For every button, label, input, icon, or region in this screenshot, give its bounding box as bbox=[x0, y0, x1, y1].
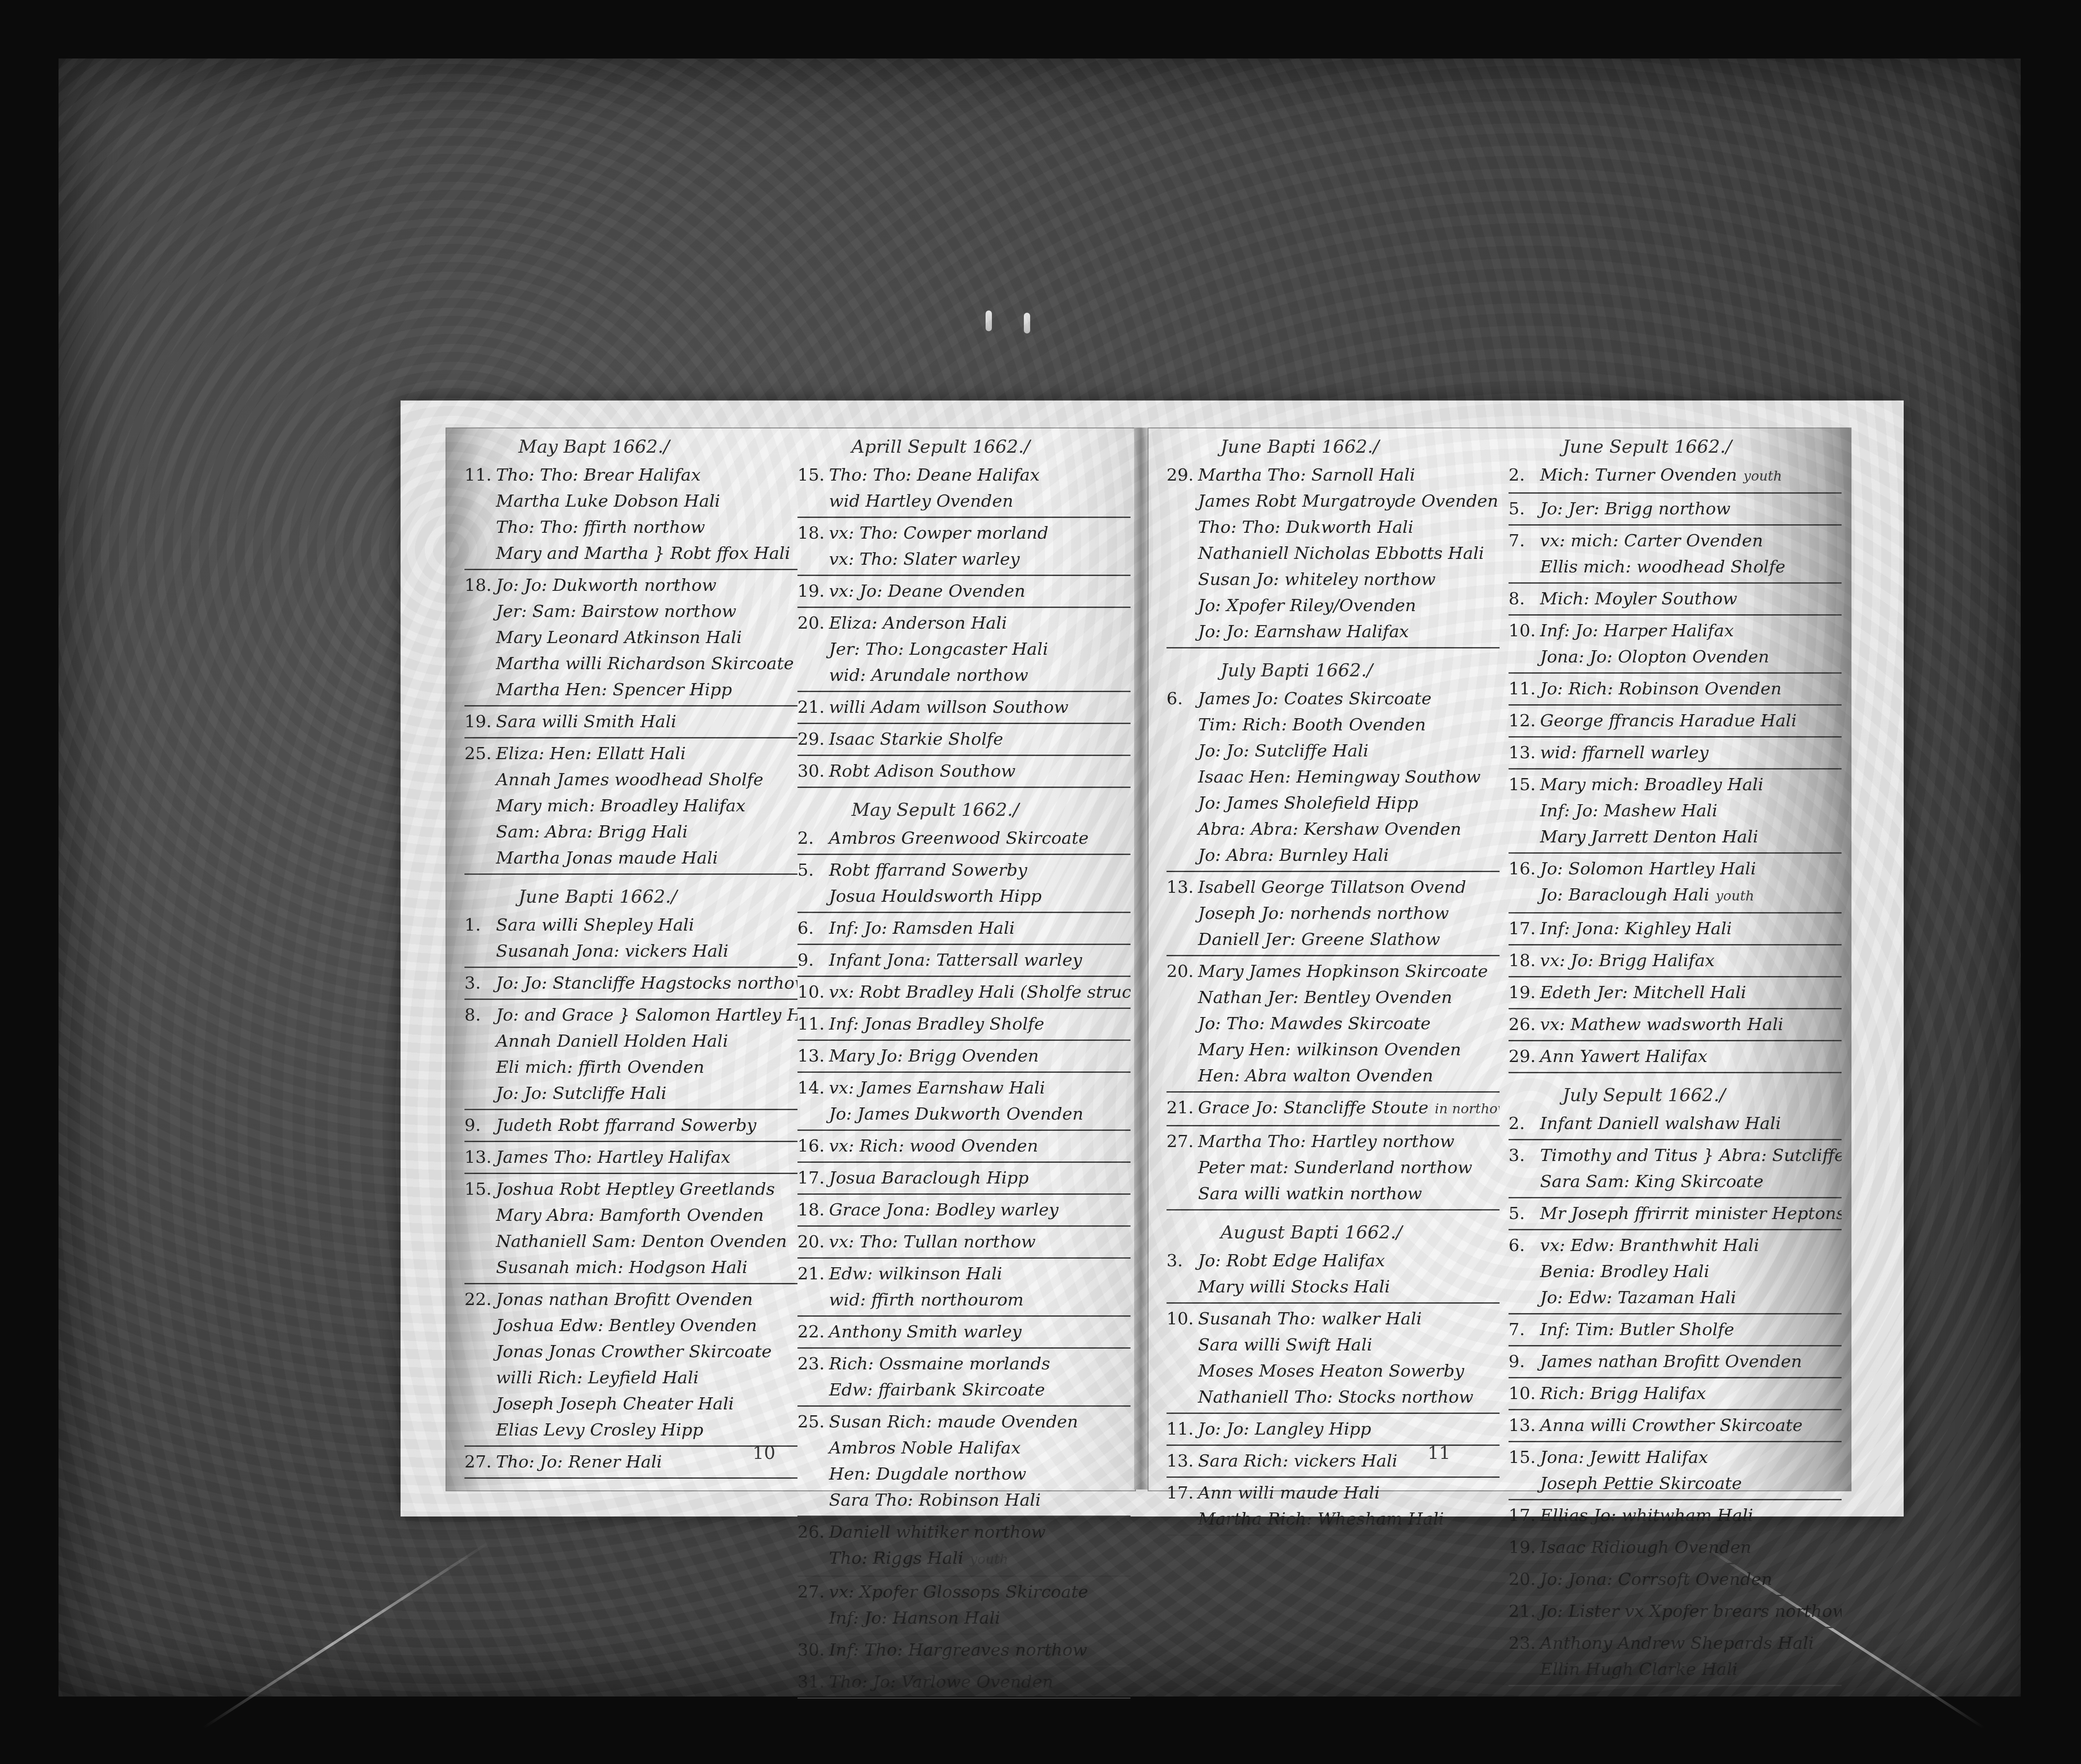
entry-text: Ambros Noble Halifax bbox=[829, 1438, 1021, 1458]
register-entry: Jona: Jo: Olopton Ovenden bbox=[1509, 643, 1842, 670]
entry-day: 18. bbox=[1509, 947, 1540, 973]
day-group: 23.Rich: Ossmaine morlandsEdw: ffairbank… bbox=[797, 1349, 1131, 1407]
entry-day: 6. bbox=[797, 915, 829, 941]
entry-day: 19. bbox=[1509, 979, 1540, 1005]
entry-day: 27. bbox=[464, 1449, 496, 1475]
register-entry: Tho: Tho: Dukworth Hali bbox=[1167, 514, 1500, 540]
register-entry: 16.Jo: Solomon Hartley Hali bbox=[1509, 855, 1842, 882]
day-group: 29.Ann Yawert Halifax bbox=[1509, 1041, 1842, 1073]
register-section: July Bapti 1662./6.James Jo: Coates Skir… bbox=[1167, 657, 1500, 1210]
register-entry: Martha willi Richardson Skircoate bbox=[464, 650, 797, 676]
entry-text: Edw: wilkinson Hali bbox=[829, 1264, 1002, 1283]
day-group: 6.vx: Edw: Branthwhit HaliBenia: Brodley… bbox=[1509, 1230, 1842, 1314]
register-entry: 3.Jo: Robt Edge Halifax bbox=[1167, 1247, 1500, 1273]
day-group: 15.Jona: Jewitt HalifaxJoseph Pettie Ski… bbox=[1509, 1442, 1842, 1500]
entry-day: 5. bbox=[1509, 495, 1540, 522]
entry-text: Josua Houldsworth Hipp bbox=[829, 886, 1042, 906]
register-section: June Sepult 1662./2.Mich: Turner Ovenden… bbox=[1509, 433, 1842, 1073]
day-group: 21.Grace Jo: Stancliffe Stoutein northow bbox=[1167, 1093, 1500, 1126]
entry-text: vx: Mathew wadsworth Hali bbox=[1540, 1014, 1784, 1034]
register-entry: 21.Grace Jo: Stancliffe Stoutein northow bbox=[1167, 1094, 1500, 1122]
entry-text: Tho: Tho: Dukworth Hali bbox=[1198, 517, 1414, 537]
entry-text: vx: Rich: wood Ovenden bbox=[829, 1136, 1038, 1156]
entry-day: 2. bbox=[1509, 1110, 1540, 1136]
entry-text: Judeth Robt ffarrand Sowerby bbox=[496, 1115, 757, 1135]
entry-text: Mary Jo: Brigg Ovenden bbox=[829, 1046, 1039, 1066]
entry-text: Josua Baraclough Hipp bbox=[829, 1168, 1029, 1188]
register-entry: 2.Mich: Turner Ovendenyouth bbox=[1509, 462, 1842, 490]
entry-text: Edw: ffairbank Skircoate bbox=[829, 1380, 1045, 1399]
entry-day: 25. bbox=[797, 1408, 829, 1435]
register-entry: Daniell Jer: Greene Slathow bbox=[1167, 926, 1500, 952]
entry-text: Mary James Hopkinson Skircoate bbox=[1198, 961, 1488, 981]
register-column: June Bapti 1662./29.Martha Tho: Sarnoll … bbox=[1167, 433, 1500, 1544]
day-group: 13.Mary Jo: Brigg Ovenden bbox=[797, 1041, 1131, 1073]
day-group: 17.Ellias Jo: whitwham Hali bbox=[1509, 1500, 1842, 1532]
day-group: 7.vx: mich: Carter OvendenEllis mich: wo… bbox=[1509, 526, 1842, 584]
entry-note: youth bbox=[1716, 888, 1754, 904]
register-entry: 19.Isaac Ridiough Ovenden bbox=[1509, 1534, 1842, 1560]
register-section: July Sepult 1662./2.Infant Daniell walsh… bbox=[1509, 1081, 1842, 1686]
register-entry: Hen: Abra walton Ovenden bbox=[1167, 1062, 1500, 1089]
entry-day: 11. bbox=[1509, 675, 1540, 702]
entry-text: Joseph Pettie Skircoate bbox=[1540, 1473, 1742, 1493]
section-heading: July Bapti 1662./ bbox=[1167, 657, 1500, 684]
register-entry: 15.Mary mich: Broadley Hali bbox=[1509, 771, 1842, 797]
register-entry: Sara Tho: Robinson Hali bbox=[797, 1487, 1131, 1513]
register-entry: Inf: Jo: Mashew Hali bbox=[1509, 797, 1842, 823]
entry-text: Sara willi Shepley Hali bbox=[496, 915, 694, 935]
entry-text: Infant Jona: Tattersall warley bbox=[829, 950, 1082, 970]
entry-text: wid Hartley Ovenden bbox=[829, 491, 1013, 511]
day-group: 16.Jo: Solomon Hartley HaliJo: Baracloug… bbox=[1509, 854, 1842, 913]
register-entry: Mary and Martha } Robt ffox Hali bbox=[464, 540, 797, 566]
register-entry: Nathaniell Sam: Denton Ovenden bbox=[464, 1228, 797, 1254]
entry-day: 20. bbox=[797, 1228, 829, 1255]
day-group: 11.Tho: Tho: Brear HalifaxMartha Luke Do… bbox=[464, 460, 797, 570]
day-group: 26.Daniell whitiker northowTho: Riggs Ha… bbox=[797, 1517, 1131, 1577]
entry-text: Tho: Jo: Rener Hali bbox=[496, 1452, 662, 1471]
register-entry: Benia: Brodley Hali bbox=[1509, 1258, 1842, 1284]
entry-note: in northow bbox=[1435, 1101, 1500, 1117]
entry-day: 9. bbox=[464, 1112, 496, 1138]
entry-day: 10. bbox=[1167, 1305, 1198, 1332]
entry-text: Jo: Lister vx Xpofer brears northow bbox=[1540, 1601, 1842, 1621]
day-group: 13.wid: ffarnell warley bbox=[1509, 738, 1842, 769]
register-column: May Bapt 1662./11.Tho: Tho: Brear Halifa… bbox=[464, 433, 797, 1487]
day-group: 3.Timothy and Titus } Abra: Sutcliffe Ha… bbox=[1509, 1140, 1842, 1198]
entry-text: Martha Tho: Hartley northow bbox=[1198, 1131, 1455, 1151]
register-entry: Mary Hen: wilkinson Ovenden bbox=[1167, 1036, 1500, 1062]
entry-text: Grace Jo: Stancliffe Stoute bbox=[1198, 1098, 1428, 1117]
register-entry: 27.vx: Xpofer Glossops Skircoate bbox=[797, 1579, 1131, 1605]
entry-day: 21. bbox=[797, 694, 829, 720]
entry-text: Sara willi Swift Hali bbox=[1198, 1335, 1372, 1354]
entry-text: Mary mich: Broadley Hali bbox=[1540, 774, 1763, 794]
entry-day: 19. bbox=[464, 708, 496, 734]
register-entry: Tho: Riggs Haliyouth bbox=[797, 1545, 1131, 1573]
entry-text: Jo: Edw: Tazaman Hali bbox=[1540, 1287, 1736, 1307]
register-entry: 20.Mary James Hopkinson Skircoate bbox=[1167, 958, 1500, 984]
entry-text: wid: ffirth northourom bbox=[829, 1290, 1024, 1309]
day-group: 15.Joshua Robt Heptley GreetlandsMary Ab… bbox=[464, 1174, 797, 1284]
entry-text: Robt Adison Southow bbox=[829, 761, 1016, 781]
register-entry: 17.Inf: Jona: Kighley Hali bbox=[1509, 915, 1842, 941]
open-register-book: May Bapt 1662./11.Tho: Tho: Brear Halifa… bbox=[401, 400, 1904, 1516]
day-group: 22.Anthony Smith warley bbox=[797, 1317, 1131, 1349]
register-entry: wid: ffirth northourom bbox=[797, 1287, 1131, 1313]
register-entry: Mary Abra: Bamforth Ovenden bbox=[464, 1202, 797, 1228]
register-entry: 5.Jo: Jer: Brigg northow bbox=[1509, 495, 1842, 522]
book-gutter bbox=[1134, 427, 1148, 1489]
day-group: 1.Sara willi Shepley HaliSusanah Jona: v… bbox=[464, 910, 797, 968]
entry-text: Susanah mich: Hodgson Hali bbox=[496, 1257, 748, 1277]
entry-text: Mary Leonard Atkinson Hali bbox=[496, 627, 742, 647]
register-entry: 22.Anthony Smith warley bbox=[797, 1318, 1131, 1345]
entry-text: Mr Joseph ffrirrit minister Heptonstall bbox=[1540, 1203, 1842, 1223]
entry-text: Ellis mich: woodhead Sholfe bbox=[1540, 557, 1785, 576]
register-entry: Tho: Tho: ffirth northow bbox=[464, 514, 797, 540]
entry-text: vx: Edw: Branthwhit Hali bbox=[1540, 1235, 1759, 1255]
entry-text: Rich: Ossmaine morlands bbox=[829, 1354, 1050, 1373]
register-entry: Inf: Jo: Hanson Hali bbox=[797, 1605, 1131, 1631]
entry-day: 13. bbox=[1509, 1412, 1540, 1438]
entry-text: Jona: Jo: Olopton Ovenden bbox=[1540, 647, 1769, 666]
entry-text: Eli mich: ffirth Ovenden bbox=[496, 1057, 704, 1077]
register-entry: Sara willi Swift Hali bbox=[1167, 1332, 1500, 1358]
entry-text: Isaac Ridiough Ovenden bbox=[1540, 1537, 1752, 1557]
register-entry: Jo: Xpofer Riley/Ovenden bbox=[1167, 592, 1500, 618]
section-heading: May Bapt 1662./ bbox=[464, 433, 797, 460]
entry-day: 20. bbox=[1509, 1566, 1540, 1592]
entry-text: Ellias Jo: whitwham Hali bbox=[1540, 1505, 1753, 1525]
glare-reflection bbox=[1697, 1541, 1985, 1729]
section-heading: May Sepult 1662./ bbox=[797, 796, 1131, 823]
entry-day: 15. bbox=[797, 462, 829, 488]
entry-day: 7. bbox=[1509, 527, 1540, 553]
register-entry: Martha Rich: Whesham Hali bbox=[1167, 1506, 1500, 1532]
entry-day: 17. bbox=[797, 1165, 829, 1191]
register-entry: willi Rich: Leyfield Hali bbox=[464, 1364, 797, 1390]
register-entry: 6.James Jo: Coates Skircoate bbox=[1167, 685, 1500, 711]
register-entry: 22.Jonas nathan Brofitt Ovenden bbox=[464, 1286, 797, 1312]
entry-day: 29. bbox=[797, 726, 829, 752]
entry-text: Martha Rich: Whesham Hali bbox=[1198, 1509, 1444, 1529]
entry-text: Mich: Turner Ovenden bbox=[1540, 465, 1737, 485]
entry-text: Jo: Jo: Sutcliffe Hali bbox=[496, 1083, 667, 1103]
day-group: 20.Mary James Hopkinson SkircoateNathan … bbox=[1167, 956, 1500, 1093]
entry-text: Ambros Greenwood Skircoate bbox=[829, 828, 1089, 848]
entry-text: Mary Jarrett Denton Hali bbox=[1540, 827, 1758, 846]
entry-text: Susan Jo: whiteley northow bbox=[1198, 569, 1436, 589]
entry-text: Tim: Rich: Booth Ovenden bbox=[1198, 715, 1426, 734]
register-entry: Joseph Joseph Cheater Hali bbox=[464, 1390, 797, 1417]
entry-day: 17. bbox=[1167, 1480, 1198, 1506]
entry-text: Mary Abra: Bamforth Ovenden bbox=[496, 1205, 764, 1225]
register-entry: 20.Eliza: Anderson Hali bbox=[797, 610, 1131, 636]
entry-text: Ann Yawert Halifax bbox=[1540, 1046, 1707, 1066]
day-group: 12.George ffrancis Haradue Hali bbox=[1509, 706, 1842, 738]
entry-day: 23. bbox=[1509, 1630, 1540, 1656]
entry-day: 16. bbox=[797, 1133, 829, 1159]
entry-day: 18. bbox=[797, 520, 829, 546]
entry-text: Edeth Jer: Mitchell Hali bbox=[1540, 982, 1746, 1002]
register-entry: 13.Mary Jo: Brigg Ovenden bbox=[797, 1043, 1131, 1069]
register-entry: 20.vx: Tho: Tullan northow bbox=[797, 1228, 1131, 1255]
entry-text: Tho: Riggs Hali bbox=[829, 1548, 964, 1568]
entry-text: Nathan Jer: Bentley Ovenden bbox=[1198, 987, 1452, 1007]
register-entry: 10.Rich: Brigg Halifax bbox=[1509, 1380, 1842, 1406]
entry-text: vx: mich: Carter Ovenden bbox=[1540, 531, 1763, 550]
day-group: 3.Jo: Jo: Stancliffe Hagstocks northow bbox=[464, 968, 797, 1000]
day-group: 19.vx: Jo: Deane Ovenden bbox=[797, 576, 1131, 608]
entry-day: 7. bbox=[1509, 1316, 1540, 1342]
day-group: 5.Mr Joseph ffrirrit minister Heptonstal… bbox=[1509, 1198, 1842, 1230]
entry-text: Jo: Solomon Hartley Hali bbox=[1540, 859, 1756, 878]
register-section: June Bapti 1662./1.Sara willi Shepley Ha… bbox=[464, 883, 797, 1479]
entry-note: youth bbox=[1743, 468, 1782, 484]
day-group: 8.Jo: and Grace } Salomon Hartley HaliAn… bbox=[464, 1000, 797, 1110]
entry-day: 15. bbox=[464, 1176, 496, 1202]
register-entry: 17.Ellias Jo: whitwham Hali bbox=[1509, 1502, 1842, 1528]
entry-day: 6. bbox=[1509, 1232, 1540, 1258]
register-section: May Bapt 1662./11.Tho: Tho: Brear Halifa… bbox=[464, 433, 797, 875]
day-group: 29.Martha Tho: Sarnoll HaliJames Robt Mu… bbox=[1167, 460, 1500, 648]
entry-day: 3. bbox=[464, 970, 496, 996]
register-entry: Ellis mich: woodhead Sholfe bbox=[1509, 553, 1842, 580]
scanner-background: May Bapt 1662./11.Tho: Tho: Brear Halifa… bbox=[59, 58, 2021, 1696]
register-entry: 12.George ffrancis Haradue Hali bbox=[1509, 707, 1842, 733]
entry-text: Tho: Tho: Deane Halifax bbox=[829, 465, 1040, 485]
entry-text: Inf: Jo: Hanson Hali bbox=[829, 1608, 1000, 1628]
register-entry: 13.Isabell George Tillatson Ovend bbox=[1167, 874, 1500, 900]
day-group: 20.Eliza: Anderson HaliJer: Tho: Longcas… bbox=[797, 608, 1131, 692]
entry-text: Daniell whitiker northow bbox=[829, 1522, 1046, 1542]
day-group: 15.Mary mich: Broadley HaliInf: Jo: Mash… bbox=[1509, 769, 1842, 854]
register-entry: 10.Inf: Jo: Harper Halifax bbox=[1509, 617, 1842, 643]
day-group: 18.Jo: Jo: Dukworth northowJer: Sam: Bai… bbox=[464, 570, 797, 706]
day-group: 17.Ann willi maude HaliMartha Rich: Whes… bbox=[1167, 1478, 1500, 1536]
register-entry: 7.Inf: Tim: Butler Sholfe bbox=[1509, 1316, 1842, 1342]
entry-text: Tho: Tho: Brear Halifax bbox=[496, 465, 701, 485]
day-group: 27.vx: Xpofer Glossops SkircoateInf: Jo:… bbox=[797, 1577, 1131, 1635]
register-entry: 16.vx: Rich: wood Ovenden bbox=[797, 1133, 1131, 1159]
register-entry: Jo: Baraclough Haliyouth bbox=[1509, 882, 1842, 909]
entry-day: 15. bbox=[1509, 1444, 1540, 1470]
register-entry: 11.Inf: Jonas Bradley Sholfe bbox=[797, 1011, 1131, 1037]
register-entry: wid Hartley Ovenden bbox=[797, 488, 1131, 514]
entry-text: Joshua Robt Heptley Greetlands bbox=[496, 1179, 775, 1199]
day-group: 25.Susan Rich: maude OvendenAmbros Noble… bbox=[797, 1407, 1131, 1517]
day-group: 9.Judeth Robt ffarrand Sowerby bbox=[464, 1110, 797, 1142]
entry-text: Ellin Hugh Clarke Hali bbox=[1540, 1659, 1738, 1679]
entry-text: Sara willi watkin northow bbox=[1198, 1183, 1422, 1203]
register-entry: Edw: ffairbank Skircoate bbox=[797, 1377, 1131, 1403]
register-entry: 18.vx: Jo: Brigg Halifax bbox=[1509, 947, 1842, 973]
entry-day: 8. bbox=[464, 1002, 496, 1028]
entry-text: vx: Xpofer Glossops Skircoate bbox=[829, 1582, 1088, 1602]
entry-day: 20. bbox=[797, 610, 829, 636]
entry-text: Sara Sam: King Skircoate bbox=[1540, 1171, 1764, 1191]
entry-text: vx: Jo: Brigg Halifax bbox=[1540, 950, 1715, 970]
day-group: 10.vx: Robt Bradley Hali (Sholfe struck) bbox=[797, 977, 1131, 1009]
day-group: 15.Tho: Tho: Deane Halifaxwid Hartley Ov… bbox=[797, 460, 1131, 518]
register-entry: vx: Tho: Slater warley bbox=[797, 546, 1131, 572]
day-group: 5.Robt ffarrand SowerbyJosua Houldsworth… bbox=[797, 855, 1131, 913]
day-group: 20.vx: Tho: Tullan northow bbox=[797, 1227, 1131, 1259]
entry-text: Jo: Xpofer Riley/Ovenden bbox=[1198, 595, 1416, 615]
register-section: August Bapti 1662./3.Jo: Robt Edge Halif… bbox=[1167, 1219, 1500, 1536]
register-entry: 30.Robt Adison Southow bbox=[797, 758, 1131, 784]
entry-note: youth bbox=[970, 1552, 1009, 1567]
register-entry: Sam: Abra: Brigg Hali bbox=[464, 819, 797, 845]
register-section: June Bapti 1662./29.Martha Tho: Sarnoll … bbox=[1167, 433, 1500, 648]
entry-day: 13. bbox=[1509, 739, 1540, 765]
entry-text: Isaac Hen: Hemingway Southow bbox=[1198, 767, 1481, 787]
register-entry: Martha Luke Dobson Hali bbox=[464, 488, 797, 514]
day-group: 18.vx: Jo: Brigg Halifax bbox=[1509, 945, 1842, 977]
register-entry: 5.Mr Joseph ffrirrit minister Heptonstal… bbox=[1509, 1200, 1842, 1226]
day-group: 18.Grace Jona: Bodley warley bbox=[797, 1195, 1131, 1227]
entry-day: 11. bbox=[464, 462, 496, 488]
entry-day: 25. bbox=[464, 740, 496, 766]
entry-text: George ffrancis Haradue Hali bbox=[1540, 711, 1797, 730]
register-entry: 9.James nathan Brofitt Ovenden bbox=[1509, 1348, 1842, 1374]
entry-text: Joseph Jo: norhends northow bbox=[1198, 903, 1449, 923]
page-number: 11 bbox=[1428, 1443, 1450, 1463]
entry-day: 20. bbox=[1167, 958, 1198, 984]
section-heading: June Bapti 1662./ bbox=[464, 883, 797, 910]
register-entry: 3.Jo: Jo: Stancliffe Hagstocks northow bbox=[464, 970, 797, 996]
entry-text: Martha Hen: Spencer Hipp bbox=[496, 679, 732, 699]
register-entry: Martha Jonas maude Hali bbox=[464, 845, 797, 871]
entry-day: 10. bbox=[797, 979, 829, 1005]
register-entry: Jo: Abra: Burnley Hali bbox=[1167, 842, 1500, 868]
entry-text: Hen: Abra walton Ovenden bbox=[1198, 1066, 1433, 1085]
section-heading: June Sepult 1662./ bbox=[1509, 433, 1842, 460]
register-entry: Elias Levy Crosley Hipp bbox=[464, 1417, 797, 1443]
entry-day: 3. bbox=[1167, 1247, 1198, 1273]
entry-day: 21. bbox=[1167, 1094, 1198, 1120]
entry-text: Peter mat: Sunderland northow bbox=[1198, 1157, 1473, 1177]
register-entry: 2.Infant Daniell walshaw Hali bbox=[1509, 1110, 1842, 1136]
entry-text: Jonas Jonas Crowther Skircoate bbox=[496, 1341, 772, 1361]
register-entry: 18.vx: Tho: Cowper morland bbox=[797, 520, 1131, 546]
register-entry: Nathaniell Tho: Stocks northow bbox=[1167, 1384, 1500, 1410]
day-group: 26.vx: Mathew wadsworth Hali bbox=[1509, 1009, 1842, 1041]
entry-text: Jo: James Sholefield Hipp bbox=[1198, 793, 1418, 813]
entry-text: Mary willi Stocks Hali bbox=[1198, 1277, 1390, 1296]
entry-text: Susan Rich: maude Ovenden bbox=[829, 1412, 1078, 1431]
entry-text: Sara willi Smith Hali bbox=[496, 711, 676, 731]
register-entry: Ambros Noble Halifax bbox=[797, 1435, 1131, 1461]
register-entry: Jo: Jo: Sutcliffe Hali bbox=[464, 1080, 797, 1106]
register-entry: 13.James Tho: Hartley Halifax bbox=[464, 1144, 797, 1170]
entry-text: Jona: Jewitt Halifax bbox=[1540, 1447, 1708, 1467]
register-entry: 15.Jona: Jewitt Halifax bbox=[1509, 1444, 1842, 1470]
entry-day: 29. bbox=[1167, 462, 1198, 488]
entry-text: vx: Jo: Deane Ovenden bbox=[829, 581, 1025, 601]
entry-text: willi Rich: Leyfield Hali bbox=[496, 1368, 698, 1387]
entry-text: Martha willi Richardson Skircoate bbox=[496, 653, 794, 673]
entry-day: 16. bbox=[1509, 855, 1540, 882]
entry-text: vx: James Earnshaw Hali bbox=[829, 1078, 1045, 1098]
entry-day: 13. bbox=[797, 1043, 829, 1069]
entry-text: James nathan Brofitt Ovenden bbox=[1540, 1351, 1802, 1371]
entry-day: 19. bbox=[797, 578, 829, 604]
entry-text: Inf: Tim: Butler Sholfe bbox=[1540, 1319, 1734, 1339]
entry-text: Nathaniell Tho: Stocks northow bbox=[1198, 1387, 1473, 1407]
day-group: 10.Rich: Brigg Halifax bbox=[1509, 1378, 1842, 1410]
entry-text: Joshua Edw: Bentley Ovenden bbox=[496, 1315, 757, 1335]
entry-text: James Robt Murgatroyde Ovenden bbox=[1198, 491, 1498, 511]
register-entry: Sara Sam: King Skircoate bbox=[1509, 1168, 1842, 1194]
day-group: 16.vx: Rich: wood Ovenden bbox=[797, 1131, 1131, 1163]
register-entry: 26.vx: Mathew wadsworth Hali bbox=[1509, 1011, 1842, 1037]
entry-text: Sam: Abra: Brigg Hali bbox=[496, 822, 688, 841]
entry-text: Anthony Smith warley bbox=[829, 1322, 1022, 1341]
entry-text: James Tho: Hartley Halifax bbox=[496, 1147, 730, 1167]
entry-text: Eliza: Hen: Ellatt Hali bbox=[496, 743, 686, 763]
day-group: 13.Isabell George Tillatson OvendJoseph … bbox=[1167, 872, 1500, 956]
day-group: 3.Jo: Robt Edge HalifaxMary willi Stocks… bbox=[1167, 1246, 1500, 1304]
entry-day: 21. bbox=[1509, 1598, 1540, 1624]
entry-text: Rich: Brigg Halifax bbox=[1540, 1383, 1706, 1403]
day-group: 31.Tho: Jo: Varlowe Ovenden bbox=[797, 1667, 1131, 1699]
section-heading: June Bapti 1662./ bbox=[1167, 433, 1500, 460]
entry-text: Mary mich: Broadley Halifax bbox=[496, 796, 746, 815]
day-group: 6.Inf: Jo: Ramsden Hali bbox=[797, 913, 1131, 945]
entry-text: Ann willi maude Hali bbox=[1198, 1483, 1380, 1503]
day-group: 23.Anthony Andrew Shepards HaliEllin Hug… bbox=[1509, 1628, 1842, 1686]
section-heading: August Bapti 1662./ bbox=[1167, 1219, 1500, 1246]
register-entry: 9.Judeth Robt ffarrand Sowerby bbox=[464, 1112, 797, 1138]
register-entry: Isaac Hen: Hemingway Southow bbox=[1167, 764, 1500, 790]
entry-text: Joseph Joseph Cheater Hali bbox=[496, 1394, 734, 1413]
entry-text: Annah James woodhead Sholfe bbox=[496, 769, 763, 789]
entry-text: Sara Tho: Robinson Hali bbox=[829, 1490, 1041, 1510]
register-entry: 19.Sara willi Smith Hali bbox=[464, 708, 797, 734]
register-entry: 5.Robt ffarrand Sowerby bbox=[797, 857, 1131, 883]
entry-text: Mary Hen: wilkinson Ovenden bbox=[1198, 1039, 1461, 1059]
register-entry: 23.Anthony Andrew Shepards Hali bbox=[1509, 1630, 1842, 1656]
register-entry: Peter mat: Sunderland northow bbox=[1167, 1154, 1500, 1180]
entry-day: 1. bbox=[464, 912, 496, 938]
register-entry: 20.Jo: Jona: Corrsoft Ovenden bbox=[1509, 1566, 1842, 1592]
register-entry: 11.Jo: Jo: Langley Hipp bbox=[1167, 1416, 1500, 1442]
register-entry: Mary Jarrett Denton Hali bbox=[1509, 823, 1842, 850]
entry-text: Inf: Jonas Bradley Sholfe bbox=[829, 1014, 1045, 1034]
left-page: May Bapt 1662./11.Tho: Tho: Brear Halifa… bbox=[446, 427, 1136, 1491]
register-entry: 1.Sara willi Shepley Hali bbox=[464, 912, 797, 938]
entry-text: Daniell Jer: Greene Slathow bbox=[1198, 929, 1440, 949]
register-entry: Moses Moses Heaton Sowerby bbox=[1167, 1358, 1500, 1384]
register-entry: 6.vx: Edw: Branthwhit Hali bbox=[1509, 1232, 1842, 1258]
entry-day: 15. bbox=[1509, 771, 1540, 797]
register-entry: 15.Joshua Robt Heptley Greetlands bbox=[464, 1176, 797, 1202]
register-entry: 6.Inf: Jo: Ramsden Hali bbox=[797, 915, 1131, 941]
register-entry: 3.Timothy and Titus } Abra: Sutcliffe Ha… bbox=[1509, 1142, 1842, 1168]
entry-day: 30. bbox=[797, 758, 829, 784]
register-entry: 9.Infant Jona: Tattersall warley bbox=[797, 947, 1131, 973]
register-entry: Mary mich: Broadley Halifax bbox=[464, 792, 797, 819]
day-group: 22.Jonas nathan Brofitt OvendenJoshua Ed… bbox=[464, 1284, 797, 1447]
entry-text: Martha Tho: Sarnoll Hali bbox=[1198, 465, 1415, 485]
entry-text: vx: Tho: Slater warley bbox=[829, 549, 1020, 569]
register-entry: Hen: Dugdale northow bbox=[797, 1461, 1131, 1487]
register-entry: 29.Ann Yawert Halifax bbox=[1509, 1043, 1842, 1069]
entry-day: 3. bbox=[1509, 1142, 1540, 1168]
